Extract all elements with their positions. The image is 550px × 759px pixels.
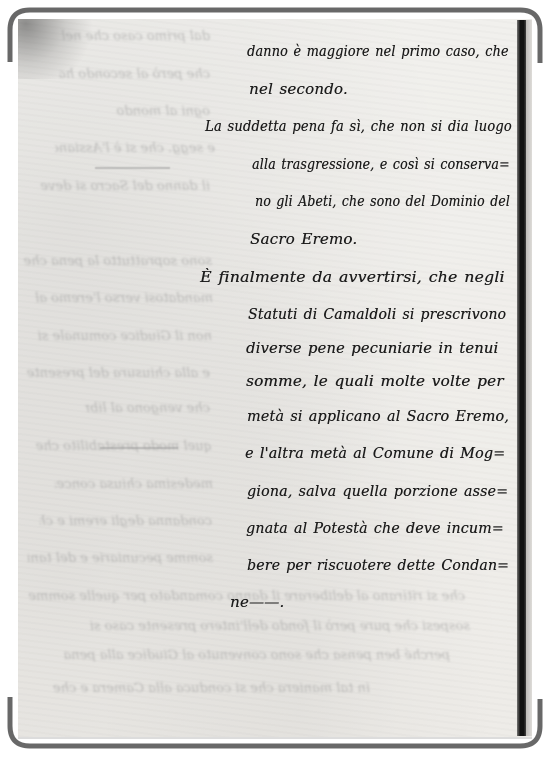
manuscript-line: alla trasgressione, e così si conserva= [252,153,510,175]
manuscript-line: gnata al Potestà che deve incum= [246,517,504,539]
bleedthrough-line: dal primo caso che nel [55,28,210,46]
manuscript-line: giona, salva quella porzione asse= [247,480,508,502]
manuscript-line: bere per riscuotere dette Condan= [247,554,509,576]
manuscript-line: La suddetta pena fa sì, che non si dia l… [205,115,512,137]
manuscript-line: nel secondo. [249,78,348,100]
manuscript-line: diverse pene pecuniarie in tenui [246,337,498,359]
page-edge-highlight [526,20,532,736]
manuscript-scan-viewport: dal primo caso che nelche però al second… [0,0,550,759]
manuscript-page: dal primo caso che nelche però al second… [18,19,532,739]
bleedthrough-underline [100,447,178,449]
manuscript-line: no gli Abeti, che sono del Dominio del [255,190,510,212]
bleedthrough-underline [95,167,170,169]
bleedthrough-line: e segg. che si è l'Assiano [55,140,215,158]
manuscript-line: metà si applicano al Sacro Eremo, [247,405,509,427]
page-edge-shadow [517,20,526,736]
bleedthrough-line: perché ben pensa che sono convenuto al G… [50,647,450,665]
bleedthrough-line: sospesi che pure però il fondo dell'inte… [80,618,470,636]
bleedthrough-line: che però al secondo ha [60,66,210,84]
bleedthrough-line: condanna degli eremi e chi [40,513,212,531]
bleedthrough-line: mandatosi verso l'eremo al [28,290,213,308]
manuscript-line: È finalmente da avvertirsi, che negli [200,266,505,288]
bleedthrough-line: e alla chiusura del presente [25,365,210,383]
manuscript-line: Sacro Eremo. [250,228,357,250]
manuscript-line: e l'altra metà al Comune di Mog= [245,442,505,464]
manuscript-line: somme, le quali molte volte per [246,370,504,392]
bleedthrough-line: somme pecuniarie e del tanto [28,550,213,568]
bleedthrough-line: che vengono al libro 7 [85,400,210,418]
bleedthrough-line: medesima chiusa concessa [55,476,213,494]
bleedthrough-line: il danno del Sacro si deve [30,178,210,196]
manuscript-line: Statuti di Camaldoli si prescrivono [248,303,506,325]
bleedthrough-line: ogni al mondo [95,103,210,121]
bleedthrough-line: sono soprattutto la pena che [22,253,212,271]
manuscript-line: danno è maggiore nel primo caso, che [247,40,509,62]
manuscript-line: ne——. [230,591,284,613]
bleedthrough-line: non il Giudice comunale si [30,328,212,346]
bleedthrough-line: in tal maniera che si conduca alla Camer… [40,680,370,698]
